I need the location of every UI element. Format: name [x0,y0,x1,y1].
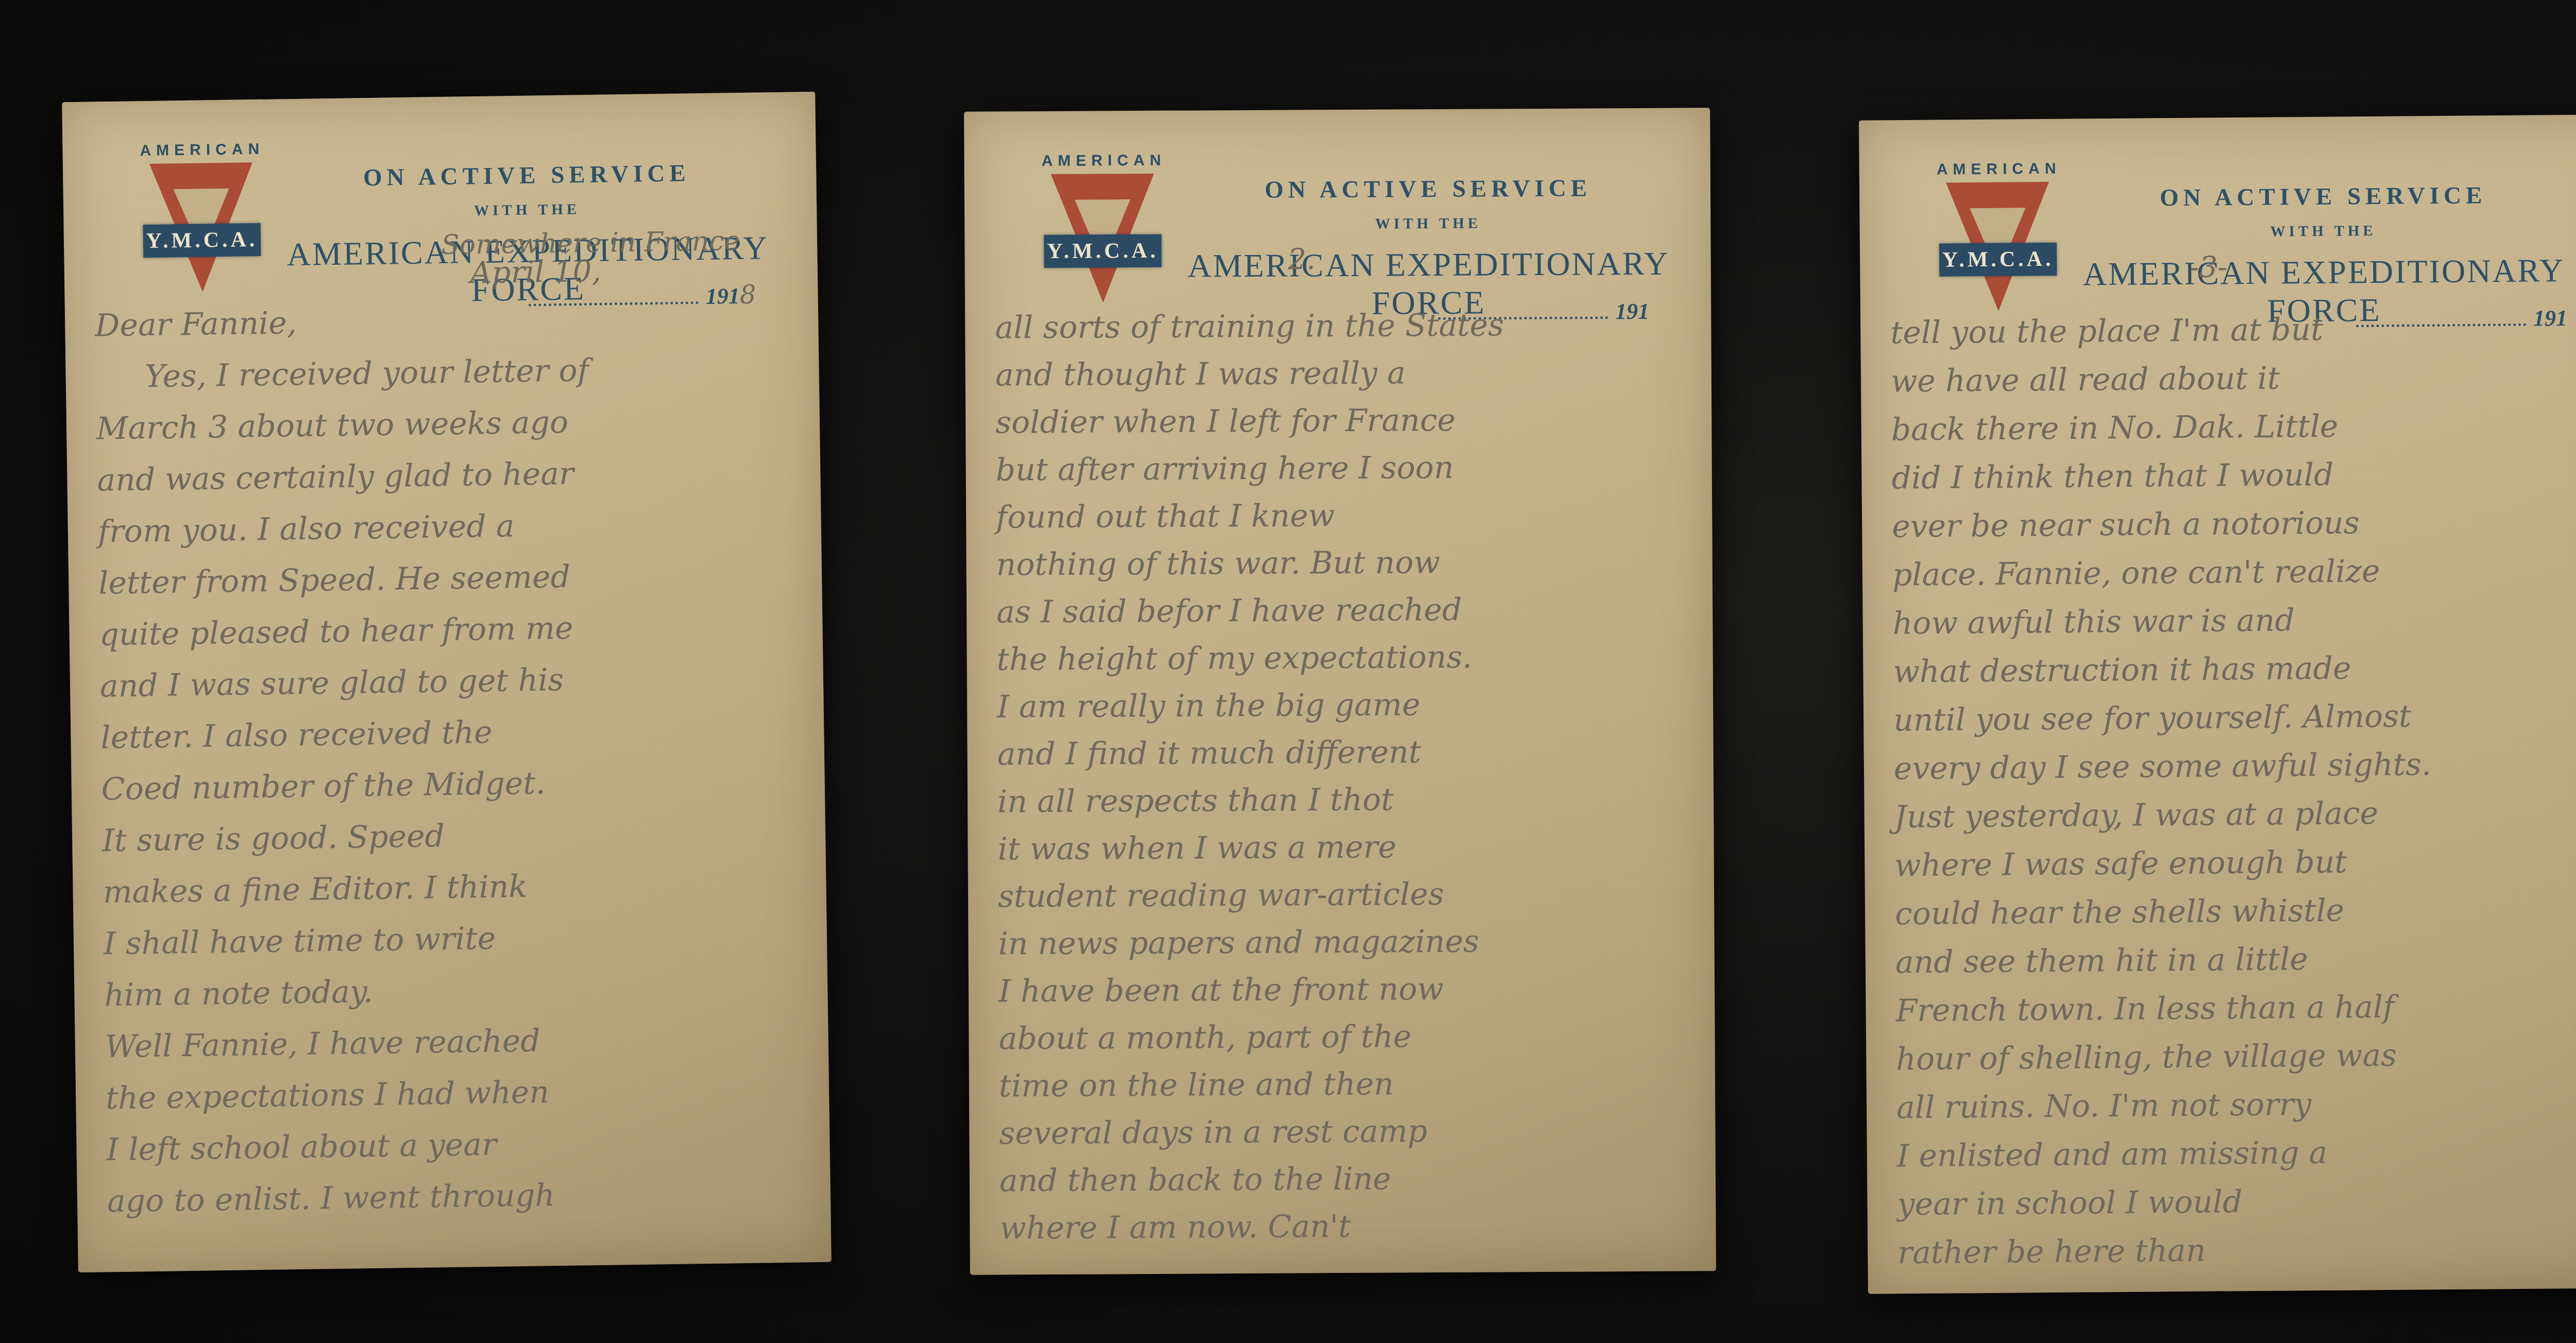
scanned-letter-collage: { "document_type": "Handwritten WWI lett… [0,0,2576,1343]
handwritten-line: did I think then that I would [1891,454,2576,508]
handwritten-line: letter. I also received the [100,710,807,771]
handwritten-line: all sorts of training in the States [995,306,1693,357]
handwritten-line: where I am now. Can't [999,1206,1698,1257]
ymca-logo-brand-text: AMERICAN [1937,160,2058,179]
handwritten-line: place. Fannie, one can't realize [1892,551,2576,605]
handwritten-line: Yes, I received your letter of [95,349,802,411]
ymca-logo: AMERICAN Y.M.C.A. [140,141,263,293]
handwritten-line: quite pleased to hear from me [99,607,805,668]
handwritten-line: hour of shelling, the village was [1896,1035,2576,1090]
ymca-logo-text: Y.M.C.A. [146,227,258,253]
letter-page-2: AMERICAN Y.M.C.A. ON ACTIVE SERVICE WITH… [964,108,1716,1275]
letterhead-line2: WITH THE [2066,221,2576,242]
handwritten-line: makes a fine Editor. I think [103,864,809,926]
handwritten-line: I shall have time to write [104,916,810,977]
handwritten-line: all ruins. No. I'm not sorry [1896,1084,2576,1138]
ymca-logo-brand-text: AMERICAN [140,141,261,160]
handwritten-line: as I said befor I have reached [996,590,1695,641]
handwritten-line: and thought I was really a [995,353,1694,404]
handwritten-line: ago to enlist. I went through [107,1174,814,1235]
handwritten-line: French town. In less than a half [1895,987,2576,1041]
letterhead-line2: WITH THE [269,198,785,223]
handwritten-line: found out that I knew [996,496,1694,547]
handwritten-line: I am really in the big game [997,685,1696,736]
handwritten-line: could hear the shells whistle [1895,890,2576,944]
handwritten-line: in news papers and magazines [998,922,1697,973]
ymca-logo-brand-text: AMERICAN [1042,152,1163,170]
letter-page-3: AMERICAN Y.M.C.A. ON ACTIVE SERVICE WITH… [1859,114,2576,1294]
handwritten-line: and then back to the line [999,1159,1698,1210]
handwritten-line: I left school about a year [106,1122,812,1183]
handwritten-line: but after arriving here I soon [996,448,1694,499]
handwritten-line: Just yesterday, I was at a place [1894,793,2576,847]
ymca-triangle-icon: Y.M.C.A. [1946,182,2050,312]
ymca-logo: AMERICAN Y.M.C.A. [1042,152,1164,303]
handwritten-line: him a note today. [104,967,810,1029]
handwritten-line: and see them hit in a little [1895,939,2576,993]
letter-body-page-2: all sorts of training in the Statesand t… [995,306,1699,1257]
handwritten-line: the height of my expectations. [996,638,1695,689]
handwritten-line: from you. I also received a [97,504,804,565]
handwritten-line: time on the line and then [999,1064,1698,1115]
letter-page-1: AMERICAN Y.M.C.A. ON ACTIVE SERVICE WITH… [62,92,832,1272]
letterhead-line2: WITH THE [1171,214,1686,233]
handwritten-line: nothing of this war. But now [996,543,1695,594]
handwritten-line: Well Fannie, I have reached [105,1019,811,1080]
handwritten-line: and was certainly glad to hear [97,452,803,514]
handwritten-line: tell you the place I'm at but [1890,309,2576,363]
ymca-logo: AMERICAN Y.M.C.A. [1937,160,2059,312]
handwritten-line: rather be here than [1897,1229,2576,1283]
handwritten-page-number: 2. [964,241,1638,278]
handwritten-line: Dear Fannie, [95,298,801,359]
handwritten-line: March 3 about two weeks ago [96,401,803,462]
handwritten-line: soldier when I left for France [995,401,1694,452]
handwritten-line: I have been at the front now [998,970,1697,1021]
ymca-triangle-icon: Y.M.C.A. [149,162,254,293]
handwritten-line: student reading war-articles [998,875,1697,926]
handwritten-line: until you see for yourself. Almost [1893,696,2576,751]
handwritten-line: year in school I would [1897,1181,2576,1235]
handwritten-line: letter from Speed. He seemed [98,555,805,617]
letterhead-line1: ON ACTIVE SERVICE [2065,181,2576,213]
handwritten-date: April 10, [470,253,601,291]
handwritten-line: I enlisted and am missing a [1897,1132,2576,1186]
letter-body-page-3: tell you the place I'm at butwe have all… [1890,309,2576,1283]
handwritten-line: and I find it much different [997,733,1696,784]
handwritten-line: ever be near such a notorious [1892,503,2576,557]
handwritten-page-number: -3- [1860,248,2556,287]
ymca-triangle-icon: Y.M.C.A. [1051,174,1155,303]
letterhead-line1: ON ACTIVE SERVICE [269,158,785,193]
handwritten-line: every day I see some awful sights. [1894,745,2576,799]
handwritten-line: the expectations I had when [106,1070,812,1132]
handwritten-line: and I was sure glad to get his [100,658,806,720]
handwritten-line: we have all read about it [1891,358,2576,412]
letter-body-page-1: Dear Fannie, Yes, I received your letter… [95,298,814,1235]
handwritten-line: where I was safe enough but [1894,842,2576,896]
handwritten-line: several days in a rest camp [999,1112,1698,1163]
handwritten-line: It sure is good. Speed [102,813,808,874]
ymca-logo-band: Y.M.C.A. [143,223,261,258]
handwritten-line: in all respects than I thot [997,780,1696,831]
handwritten-line: back there in No. Dak. Little [1891,406,2576,460]
handwritten-line: Coed number of the Midget. [101,761,807,823]
handwritten-line: how awful this war is and [1892,600,2576,654]
letterhead-line1: ON ACTIVE SERVICE [1171,174,1686,204]
handwritten-line: what destruction it has made [1893,648,2576,702]
handwritten-line: it was when I was a mere [997,827,1696,878]
handwritten-line: about a month, part of the [998,1017,1697,1068]
